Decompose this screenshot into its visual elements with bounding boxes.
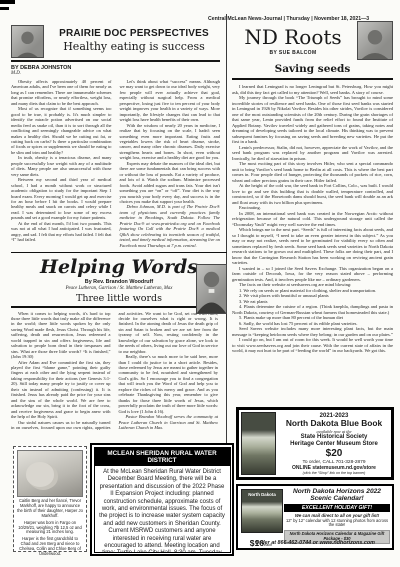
header-rule — [11, 306, 227, 308]
byline: By Rev. Brandon Woodruff — [11, 279, 227, 285]
nd-roots-titles: ND Roots BY SUE BALCOM — [232, 21, 354, 56]
baby-photo — [17, 450, 83, 497]
paragraph: 4. Plants determine the cuisine of a reg… — [232, 304, 393, 315]
paragraph: I could go on, but I am out of room for … — [232, 337, 393, 354]
paragraph: In truth, obesity is a tenacious disease… — [11, 155, 112, 177]
paragraph: I learned that Leningrad is no longer Le… — [232, 84, 393, 95]
blue-book-ad-text: 2021-2023 North Dakota Blue Book availab… — [279, 412, 389, 475]
paragraph: Which brings me to the next part. “Seeds… — [232, 227, 393, 266]
horizons-ad-text: North Dakota Horizons 2022 Scenic Calend… — [284, 486, 392, 544]
ad-body: At the McLean Sheridan Rural Water Distr… — [95, 466, 230, 553]
article-headline: Healthy eating is success — [48, 40, 220, 53]
section-kicker: PRAIRIE DOC PERSPECTIVES — [48, 28, 220, 39]
byline: BY DEBRA JOHNSTON M.D. — [11, 65, 220, 76]
paragraph: At the height of the cold war, the seed … — [232, 183, 393, 205]
ad-title: North Dakota Horizons 2022 Scenic Calend… — [284, 488, 390, 503]
ad-line: We can mail direct to all on your gift l… — [284, 513, 390, 518]
paragraph: When it comes to helping words, it's har… — [11, 311, 111, 360]
paragraph: Experts may debate the nuances of the id… — [120, 161, 221, 205]
paragraph: With the wisdom of nearly 20 years in me… — [120, 123, 221, 161]
price: $20 — [279, 449, 389, 460]
calendar-cover: North Dakota — [241, 489, 283, 533]
horizons-calendar-ad: North Dakota $16each Save on orders of 2… — [236, 484, 394, 550]
announcement-text: Caitlin Berg and her fiancé, Trevor Mark… — [17, 499, 83, 557]
article-title: Helping Words — [11, 257, 227, 277]
paragraph: Seed Savers website includes many more i… — [232, 326, 393, 337]
ad-line: 12″ by 12″ calendar with 12 stunning pho… — [284, 519, 390, 529]
article-paragraphs: I learned that Leningrad is no longer Le… — [232, 84, 393, 354]
article-tagline: Debra Johnson, M.D. is part of The Prair… — [120, 204, 221, 248]
helping-words-article: Helping Words By Rev. Brandon Woodruff P… — [11, 252, 227, 447]
sue-balcom-photo — [357, 21, 393, 60]
store-line: Heritage Center Museum Store — [279, 441, 389, 448]
blue-book-ad: 2021-2023 North Dakota Blue Book availab… — [236, 407, 394, 480]
header-rule — [232, 78, 393, 80]
paragraph: I wanted in – so I joined the Seed Saver… — [232, 266, 393, 283]
debra-johnston-photo — [11, 25, 44, 58]
newspaper-page: Central McLean News-Journal | Thursday |… — [0, 0, 400, 567]
paragraph: Harper was born in Fargo on 10/29/21, we… — [17, 521, 83, 536]
calendar-cover-label: North Dakota — [242, 492, 282, 497]
paragraph: Caitlin Berg and her fiancé, Trevor Mark… — [17, 499, 83, 519]
paragraph: In 2008, an international seed bank was … — [232, 211, 393, 228]
nd-roots-header: ND Roots BY SUE BALCOM — [232, 21, 393, 60]
header-rule — [11, 60, 220, 62]
scan-artifact — [0, 0, 15, 4]
byline: BY SUE BALCOM — [232, 50, 354, 56]
water-district-ad-frame: MCLEAN SHERIDAN RURAL WATER DISTRICT At … — [94, 447, 231, 553]
paragraph: After Adam and Eve committed the first s… — [11, 360, 111, 420]
nd-roots-article: ND Roots BY SUE BALCOM Saving seeds I le… — [232, 21, 393, 412]
paragraph: The most exciting part of this story inv… — [232, 161, 393, 183]
paragraph: Between my second and third year of medi… — [11, 177, 112, 221]
paragraph: At the end of that month, I'd lost two p… — [11, 221, 112, 243]
prairie-doc-titles: PRAIRIE DOC PERSPECTIVES Healthy eating … — [48, 25, 220, 53]
prairie-doc-article: PRAIRIE DOC PERSPECTIVES Healthy eating … — [11, 25, 220, 251]
article-body: When it comes to helping words, it's har… — [11, 311, 218, 447]
paragraph: Harper is the first grandchild to Chad a… — [17, 537, 83, 557]
byline-title: M.D. — [11, 71, 220, 76]
order-line: Order at 866-462-0744 or www.ndhorizons.… — [242, 540, 388, 546]
scan-artifact — [0, 7, 9, 10]
byline-affiliation: Peace Lutheran, Garrison / St. Matthew L… — [11, 286, 227, 291]
article-headline: Saving seeds — [232, 63, 393, 75]
ad-title: MCLEAN SHERIDAN RURAL WATER DISTRICT — [95, 448, 230, 466]
paragraph: Obesity affects approximately 40 percent… — [11, 79, 112, 106]
brandon-woodruff-photo — [196, 264, 227, 314]
article-paragraphs: When it comes to helping words, it's har… — [11, 311, 218, 431]
water-district-ad: MCLEAN SHERIDAN RURAL WATER DISTRICT At … — [90, 443, 234, 556]
column-title: ND Roots — [232, 27, 354, 48]
article-headline: Three little words — [11, 293, 227, 304]
birth-announcement-ad: Caitlin Berg and her fiancé, Trevor Mark… — [13, 446, 87, 552]
paragraph: Lenin's predecessor, Stalin, did not, ho… — [232, 145, 393, 162]
ad-banner: EXCELLENT HOLIDAY GIFT! — [284, 504, 390, 512]
paragraph: Let's think about what “success” means. … — [120, 79, 221, 123]
article-body: I learned that Leningrad is no longer Le… — [232, 84, 393, 412]
paragraph: Really, there's so much more to be said … — [119, 354, 219, 414]
ad-title: North Dakota Blue Book — [279, 419, 389, 428]
blue-book-cover — [241, 412, 276, 475]
article-body: Obesity affects approximately 40 percent… — [11, 79, 220, 251]
paragraph: My journey through the book “The Triumph… — [232, 95, 393, 145]
prairie-doc-header: PRAIRIE DOC PERSPECTIVES Healthy eating … — [11, 25, 220, 58]
paragraph: Most of us recognize that if something s… — [11, 106, 112, 155]
article-tagline: Pastor Brandon Woodruff serves the commu… — [119, 414, 219, 430]
store-line: State Historical Society — [279, 434, 389, 441]
order-note: (click the “Shop” link on the top banner… — [279, 471, 389, 475]
